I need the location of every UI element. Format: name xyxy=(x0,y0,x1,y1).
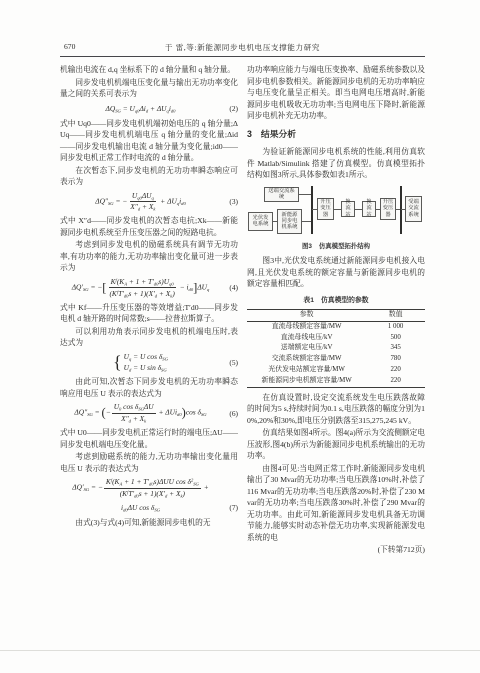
paragraph: 考虑到励磁系统的能力,无功功率输出变化量用电压 U 表示的表达式为 xyxy=(60,451,238,474)
bus-line-left xyxy=(311,186,313,234)
figure-3-diagram: 送端交流系统 光伏发电系统 新能源同步电机系统 升压变压器 换流站 换流站 升压… xyxy=(247,185,425,238)
two-column-body: 机输出电流在 d,q 坐标系下的 d 轴分量和 q 轴分量。 同步发电机机端电压… xyxy=(60,64,425,557)
left-column: 机输出电流在 d,q 坐标系下的 d 轴分量和 q 轴分量。 同步发电机机端电压… xyxy=(60,64,238,557)
paragraph: 由此可知,次暂态下同步发电机的无功功率瞬态响应用电压 U 表示的表达式为 xyxy=(60,376,238,399)
figure-title: 仿真模型拓扑结构 xyxy=(319,243,370,250)
table-title: 仿真模型的参数 xyxy=(321,297,369,304)
table-row: 直流母线电压/kV 500 xyxy=(247,333,425,344)
figure-3-caption: 图3仿真模型拓扑结构 xyxy=(247,241,425,253)
equation-number: (7) xyxy=(221,502,238,514)
running-title: 于 雷,等:新能源同步电机电压支撑能力研究 xyxy=(60,42,425,53)
paragraph: 为验证新能源同步电机系统的性能,利用仿真软件 Matlab/Simulink 搭… xyxy=(247,146,425,181)
equation-body: ΔQ″SG = (−U0 cos δSGΔUX″d + Xk + ΔUid0)c… xyxy=(60,402,221,424)
paper-page: 670 于 雷,等:新能源同步电机电压支撑能力研究 机输出电流在 d,q 坐标系… xyxy=(0,0,480,673)
table-label: 表1 xyxy=(303,297,314,304)
wire xyxy=(334,209,341,210)
block-stepup-transformer-2: 升压变压器 xyxy=(380,198,396,220)
paragraph: 式中 Uq0——同步发电机机端初始电压的 q 轴分量;ΔUq——同步发电机机端电… xyxy=(60,118,238,164)
value-cell: 500 xyxy=(366,333,425,344)
paragraph: 考虑到同步发电机的励磁系统具有调节无功功率,有功功率的能力,无功功率输出变化量可… xyxy=(60,239,238,274)
parameter-cell: 新能源同步电机额定容量/MW xyxy=(247,376,366,387)
paragraph: 机输出电流在 d,q 坐标系下的 d 轴分量和 q 轴分量。 xyxy=(60,64,238,76)
page-header: 670 于 雷,等:新能源同步电机电压支撑能力研究 xyxy=(60,42,425,54)
paragraph: 可以利用功角表示同步发电机的机端电压时,表达式为 xyxy=(60,326,238,349)
paragraph: 仿真结果如图4所示。图4(a)所示为交流侧额定电压波形,图4(b)所示为新能源同… xyxy=(247,427,425,462)
equation-3: ΔQ″SG = −Uq0ΔUqX″d + Xk + ΔUqid0 (3) xyxy=(60,191,238,213)
paragraph: 同步发电机机端电压变化量与输出无功功率变化量之间的关系可表示为 xyxy=(60,77,238,100)
value-cell: 220 xyxy=(366,376,425,387)
equation-number: (2) xyxy=(221,103,238,115)
equation-number: (5) xyxy=(221,357,238,369)
figure-label: 图3 xyxy=(302,243,312,250)
equation-number: (4) xyxy=(221,282,238,294)
equation-2: ΔQSG = Uq0Δid + ΔUqid0 (2) xyxy=(60,103,238,115)
table-row: 直流母线额定容量/MW 1 000 xyxy=(247,321,425,332)
wire xyxy=(355,209,362,210)
equation-5: {Uq = U cos δSGUd = U sin δSG (5) xyxy=(60,352,238,373)
page-bottom-edge xyxy=(0,650,480,651)
value-cell: 1 000 xyxy=(366,321,425,332)
equation-body: ΔQ′SG = −Kf(KA + 1 + T′d0s)ΔUU cos δ2SG(… xyxy=(60,477,221,499)
table-row: 光伏发电站额定容量/MW 220 xyxy=(247,365,425,376)
table-1: 参数 数值 直流母线额定容量/MW 1 000 直流母线电压/kV 500 送端… xyxy=(247,309,425,388)
equation-body: id0ΔU cos δSG xyxy=(60,503,221,513)
section-title: 结果分析 xyxy=(261,129,296,139)
value-cell: 220 xyxy=(366,365,425,376)
right-column: 功功率响应能力与端电压变换率、励磁系统参数以及同步电机参数相关。新能源同步电机的… xyxy=(247,64,425,557)
equation-body: {Uq = U cos δSGUd = U sin δSG xyxy=(60,352,221,373)
section-heading: 3结果分析 xyxy=(247,129,425,141)
parameter-cell: 直流母线额定容量/MW xyxy=(247,321,366,332)
block-stepup-transformer-1: 升压变压器 xyxy=(317,198,334,220)
equation-number: (6) xyxy=(221,408,238,420)
paragraph: 式中 U0——同步发电机正常运行时的端电压;ΔU——同步发电机端电压变化量。 xyxy=(60,427,238,450)
wire xyxy=(302,221,311,222)
parameter-cell: 光伏发电站额定容量/MW xyxy=(247,365,366,376)
value-cell: 780 xyxy=(366,354,425,365)
paragraph: 由式(3)与式(4)可知,新能源同步电机的无 xyxy=(60,517,238,529)
equation-body: ΔQ″SG = −Uq0ΔUqX″d + Xk + ΔUqid0 xyxy=(60,191,221,213)
continuation-note: (下转第712页) xyxy=(247,544,425,556)
equation-body: ΔQ′SG = −[Kf(KA + 1 + T′d0s)Uq0(KfT′d0s … xyxy=(60,277,221,299)
wire xyxy=(396,209,400,210)
parameter-cell: 交流系统额定容量/MW xyxy=(247,354,366,365)
table-1-caption: 表1仿真模型的参数 xyxy=(247,295,425,307)
equation-7-line-1: ΔQ′SG = −Kf(KA + 1 + T′d0s)ΔUU cos δ2SG(… xyxy=(60,477,238,499)
paragraph: 在仿真设置时,设定交流系统发生电压跌落故障的时间为5 s,持续时间为0.1 s,… xyxy=(247,392,425,427)
block-new-energy-sync-machine: 新能源同步电机系统 xyxy=(277,209,302,234)
paragraph: 由图4可见:当电网正常工作时,新能源同步发电机输出了30 Mvar的无功功率;当… xyxy=(247,463,425,544)
equation-7-line-2: id0ΔU cos δSG (7) xyxy=(60,502,238,514)
column-header-parameter: 参数 xyxy=(247,310,366,322)
figure-3: 送端交流系统 光伏发电系统 新能源同步电机系统 升压变压器 换流站 换流站 升压… xyxy=(247,185,425,253)
section-number: 3 xyxy=(247,129,252,139)
paragraph: 功功率响应能力与端电压变换率、励磁系统参数以及同步电机参数相关。新能源同步电机的… xyxy=(247,64,425,122)
paragraph: 式中 X″d——同步发电机的次暂态电抗;Xk——新能源同步电机系统至升压变压器之… xyxy=(60,215,238,238)
block-converter-station-2: 换流站 xyxy=(362,201,376,217)
block-pv-system: 光伏发电系统 xyxy=(248,212,273,231)
table-header-row: 参数 数值 xyxy=(247,310,425,322)
column-header-value: 数值 xyxy=(366,310,425,322)
table-row: 送端额定电压/kV 345 xyxy=(247,343,425,354)
paragraph: 图3中,光伏发电系统通过新能源同步电机接入电网,且光伏发电系统的额定容量与新能源… xyxy=(247,255,425,290)
equation-number: (3) xyxy=(221,196,238,208)
parameter-cell: 直流母线电压/kV xyxy=(247,333,366,344)
paragraph: 在次暂态下,同步发电机的无功功率瞬态响应可表示为 xyxy=(60,165,238,188)
table-row: 交流系统额定容量/MW 780 xyxy=(247,354,425,365)
parameter-cell: 送端额定电压/kV xyxy=(247,343,366,354)
table-row: 新能源同步电机额定容量/MW 220 xyxy=(247,376,425,387)
equation-6: ΔQ″SG = (−U0 cos δSGΔUX″d + Xk + ΔUid0)c… xyxy=(60,402,238,424)
equation-body: ΔQSG = Uq0Δid + ΔUqid0 xyxy=(60,104,221,114)
header-rule xyxy=(60,56,425,57)
bus-line-right xyxy=(400,186,402,234)
wire xyxy=(299,194,311,195)
block-receiving-ac-system: 受端交流系统 xyxy=(405,196,422,222)
equation-4: ΔQ′SG = −[Kf(KA + 1 + T′d0s)Uq0(KfT′d0s … xyxy=(60,277,238,299)
paragraph: 式中 Kf——升压变压器的等效增益;T′d0——同步发电机 d 轴开路的时间常数… xyxy=(60,302,238,325)
block-sending-ac-system: 送端交流系统 xyxy=(264,187,299,202)
value-cell: 345 xyxy=(366,343,425,354)
block-converter-station-1: 换流站 xyxy=(341,201,355,217)
